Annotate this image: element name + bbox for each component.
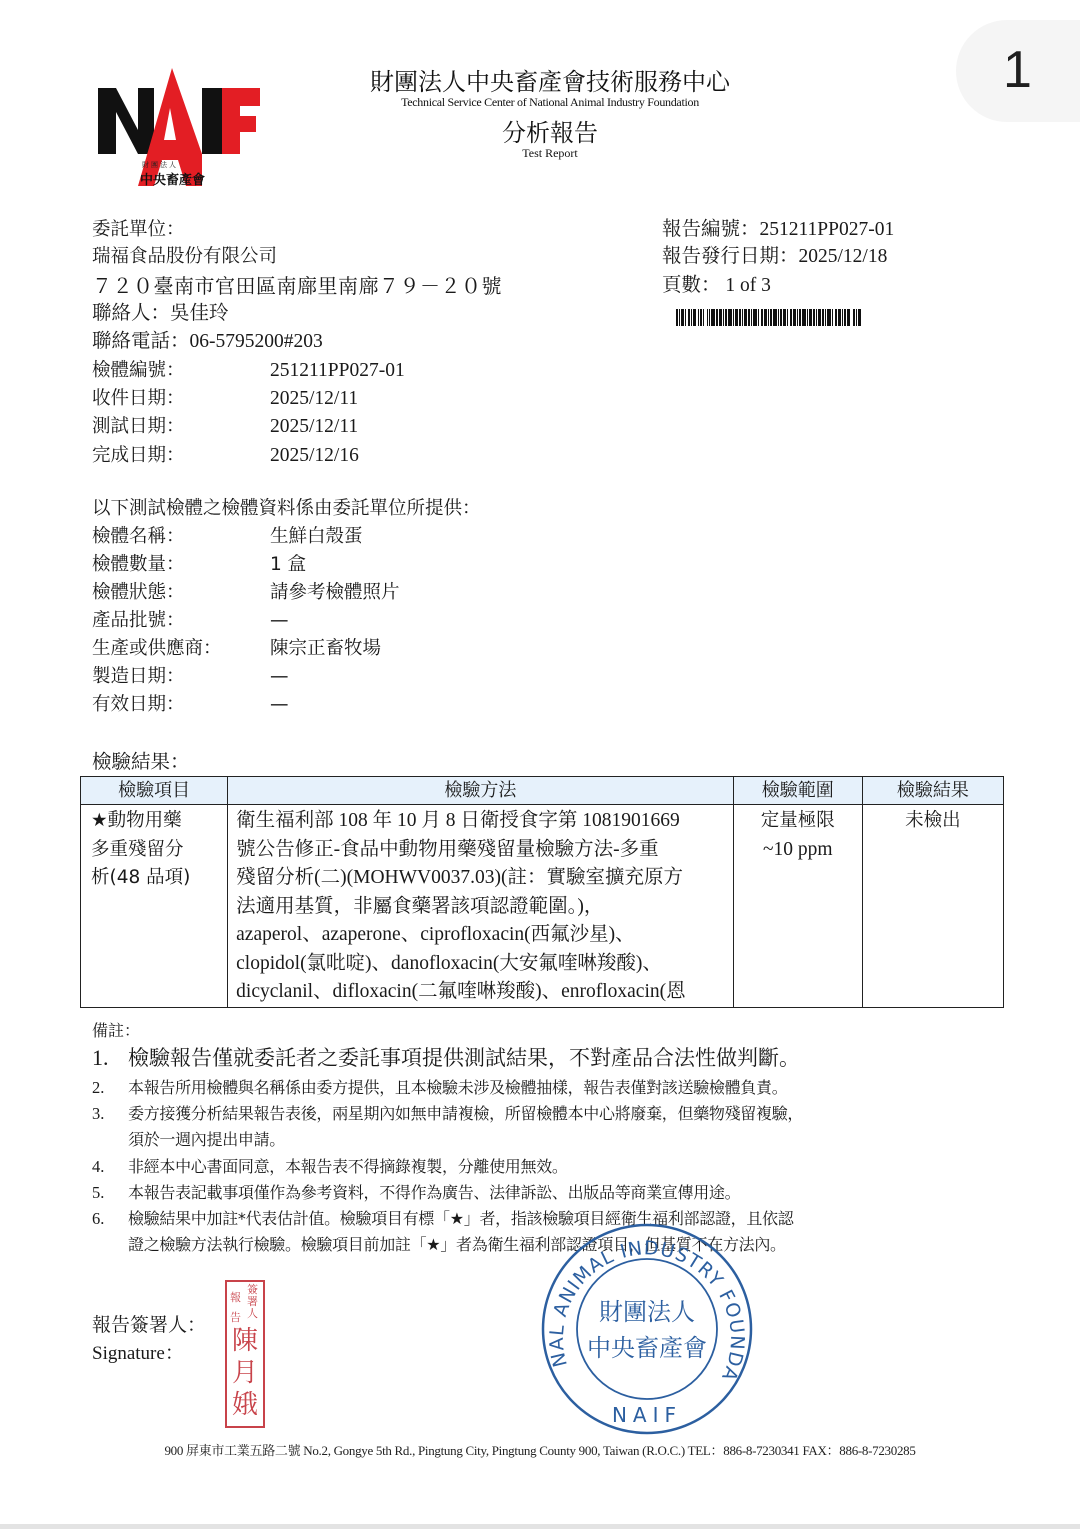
page-number-badge: 1 (956, 20, 1080, 122)
test-date-row: 測試日期： 2025/12/11 (92, 413, 185, 441)
cell-test-item: ★動物用藥 多重殘留分 析(48 品項) (81, 805, 228, 1008)
note-number: 1. (92, 1045, 109, 1071)
note-text: 非經本中心書面同意，本報告表不得摘錄複製，分離使用無效。 (128, 1154, 568, 1180)
sample-state-label: 檢體狀態： (92, 579, 185, 607)
table-row: ★動物用藥 多重殘留分 析(48 品項) 衛生福利部 108 年 10 月 8 … (81, 805, 1004, 1008)
batch-number-row: 產品批號： — (92, 607, 185, 635)
sample-name-label: 檢體名稱： (92, 523, 185, 551)
report-pages: 頁數： 1 of 3 (662, 272, 771, 300)
received-date-label: 收件日期： (92, 385, 185, 413)
method-line: azaperol、azaperone、ciprofloxacin(西氟沙星)、 (236, 921, 725, 950)
naif-official-seal: NATIONAL ANIMAL INDUSTRY FOUNDATION 財團法人… (540, 1222, 754, 1436)
page-divider (0, 1524, 1080, 1529)
report-issue-date: 報告發行日期：2025/12/18 (662, 243, 887, 271)
note-number: 6. (92, 1206, 104, 1232)
batch-number-label: 產品批號： (92, 607, 185, 635)
page-number: 1 (1003, 34, 1032, 106)
signature-label-en: Signature： (92, 1338, 184, 1365)
sample-quantity-row: 檢體數量： 1 盒 (92, 551, 185, 579)
completion-date-row: 完成日期： 2025/12/16 (92, 442, 185, 470)
stamp-name-char: 娥 (231, 1390, 259, 1421)
col-header-range: 檢驗範圍 (733, 777, 862, 805)
note-text: 檢驗報告僅就委託者之委託事項提供測試結果，不對產品合法性做判斷。 (128, 1045, 800, 1071)
method-line: 法適用基質，非屬食藥署該項認證範圍。)， (236, 893, 725, 922)
org-name-en: Technical Service Center of National Ani… (300, 95, 800, 110)
supplier-label: 生產或供應商： (92, 635, 222, 663)
barcode (676, 309, 922, 326)
seal-bottom-text: NAIF (612, 1403, 682, 1427)
seal-inner-line2: 中央畜產會 (587, 1334, 707, 1362)
sample-quantity-value: 1 盒 (270, 551, 306, 579)
org-name-zh: 財團法人中央畜產會技術服務中心 (300, 62, 800, 97)
note-number: 4. (92, 1154, 104, 1180)
expiry-date-label: 有效日期： (92, 691, 185, 719)
sample-name-row: 檢體名稱： 生鮮白殼蛋 (92, 523, 185, 551)
completion-date-value: 2025/12/16 (270, 442, 359, 470)
sample-id-label: 檢體編號： (92, 357, 185, 385)
range-line: ~10 ppm (742, 836, 854, 865)
note-number: 3. (92, 1101, 104, 1127)
note-text: 本報告所用檢體與名稱係由委方提供，且本檢驗未涉及檢體抽樣，報告表僅對該送驗檢體負… (128, 1075, 787, 1101)
seal-inner-line1: 財團法人 (599, 1298, 695, 1326)
method-line: 號公告修正-食品中動物用藥殘留量檢驗方法-多重 (236, 836, 725, 865)
test-date-value: 2025/12/11 (270, 413, 358, 441)
client-address: ７２０臺南市官田區南廍里南廍７９－２０號 (92, 272, 502, 300)
method-line: dicyclanil、difloxacin(二氟喹啉羧酸)、enrofloxac… (236, 978, 725, 1007)
stamp-char: 報 (230, 1292, 242, 1304)
client-company: 瑞福食品股份有限公司 (92, 243, 277, 271)
cell-test-range: 定量極限 ~10 ppm (733, 805, 862, 1008)
client-contact: 聯絡人：吳佳玲 (92, 300, 229, 328)
report-title-en: Test Report (300, 146, 800, 161)
item-line: 析(48 品項) (91, 864, 219, 893)
method-line: clopidol(氯吡啶)、danofloxacin(大安氟喹啉羧酸)、 (236, 950, 725, 979)
results-table: 檢驗項目 檢驗方法 檢驗範圍 檢驗結果 ★動物用藥 多重殘留分 析(48 品項)… (80, 776, 1004, 1008)
note-text: 委方接獲分析結果報告表後，兩星期內如無申請複檢，所留檢體本中心將廢棄，但藥物殘留… (128, 1101, 803, 1127)
report-number: 報告編號：251211PP027-01 (662, 216, 894, 244)
test-date-label: 測試日期： (92, 413, 185, 441)
cell-test-result: 未檢出 (862, 805, 1003, 1008)
sample-id-value: 251211PP027-01 (270, 357, 405, 385)
signature-label-zh: 報告簽署人： (92, 1310, 206, 1337)
col-header-method: 檢驗方法 (228, 777, 734, 805)
table-header-row: 檢驗項目 檢驗方法 檢驗範圍 檢驗結果 (81, 777, 1004, 805)
received-date-value: 2025/12/11 (270, 385, 358, 413)
sample-info-intro: 以下測試檢體之檢體資料係由委託單位所提供： (92, 495, 481, 523)
range-line: 定量極限 (742, 807, 854, 836)
supplier-row: 生產或供應商： 陳宗正畜牧場 (92, 635, 222, 663)
col-header-item: 檢驗項目 (81, 777, 228, 805)
client-phone: 聯絡電話：06-5795200#203 (92, 328, 323, 356)
completion-date-label: 完成日期： (92, 442, 185, 470)
note-number: 5. (92, 1180, 104, 1206)
col-header-result: 檢驗結果 (862, 777, 1003, 805)
logo-subtitle: 中央畜產會 (140, 169, 205, 188)
results-heading: 檢驗結果： (92, 746, 190, 774)
sample-quantity-label: 檢體數量： (92, 551, 185, 579)
client-label: 委託單位： (92, 216, 185, 244)
sample-id-row: 檢體編號： 251211PP027-01 (92, 357, 185, 385)
item-line: 多重殘留分 (91, 836, 219, 865)
note-text: 本報告表記載事項僅作為參考資料，不得作為廣告、法律訴訟、出版品等商業宣傳用途。 (128, 1180, 740, 1206)
batch-number-value: — (270, 607, 289, 635)
note-text: 須於一週內提出申請。 (128, 1127, 285, 1153)
footer-address: 900 屏東市工業五路二號 No.2, Gongye 5th Rd., Ping… (0, 1440, 1080, 1459)
supplier-value: 陳宗正畜牧場 (270, 635, 381, 663)
method-line: 衛生福利部 108 年 10 月 8 日衛授食字第 1081901669 (236, 807, 725, 836)
expiry-date-value: — (270, 691, 289, 719)
stamp-char: 簽署人 (247, 1284, 259, 1320)
manufacture-date-row: 製造日期： — (92, 663, 185, 691)
stamp-name-char: 月 (231, 1358, 259, 1389)
notes-title: 備註： (92, 1018, 140, 1041)
note-number: 2. (92, 1075, 104, 1101)
method-line: 殘留分析(二)(MOHWV0037.03)(註：實驗室擴充原方 (236, 864, 725, 893)
cell-test-method: 衛生福利部 108 年 10 月 8 日衛授食字第 1081901669 號公告… (228, 805, 734, 1008)
sample-state-row: 檢體狀態： 請參考檢體照片 (92, 579, 185, 607)
sample-state-value: 請參考檢體照片 (270, 579, 400, 607)
expiry-date-row: 有效日期： — (92, 691, 185, 719)
manufacture-date-label: 製造日期： (92, 663, 185, 691)
received-date-row: 收件日期： 2025/12/11 (92, 385, 185, 413)
report-title-zh: 分析報告 (300, 113, 800, 148)
stamp-name-char: 陳 (231, 1326, 259, 1357)
item-line: ★動物用藥 (91, 807, 219, 836)
sample-name-value: 生鮮白殼蛋 (270, 523, 363, 551)
signature-stamp: 報 簽署人 告 陳 月 娥 (225, 1280, 265, 1428)
stamp-char: 告 (230, 1312, 242, 1324)
manufacture-date-value: — (270, 663, 289, 691)
